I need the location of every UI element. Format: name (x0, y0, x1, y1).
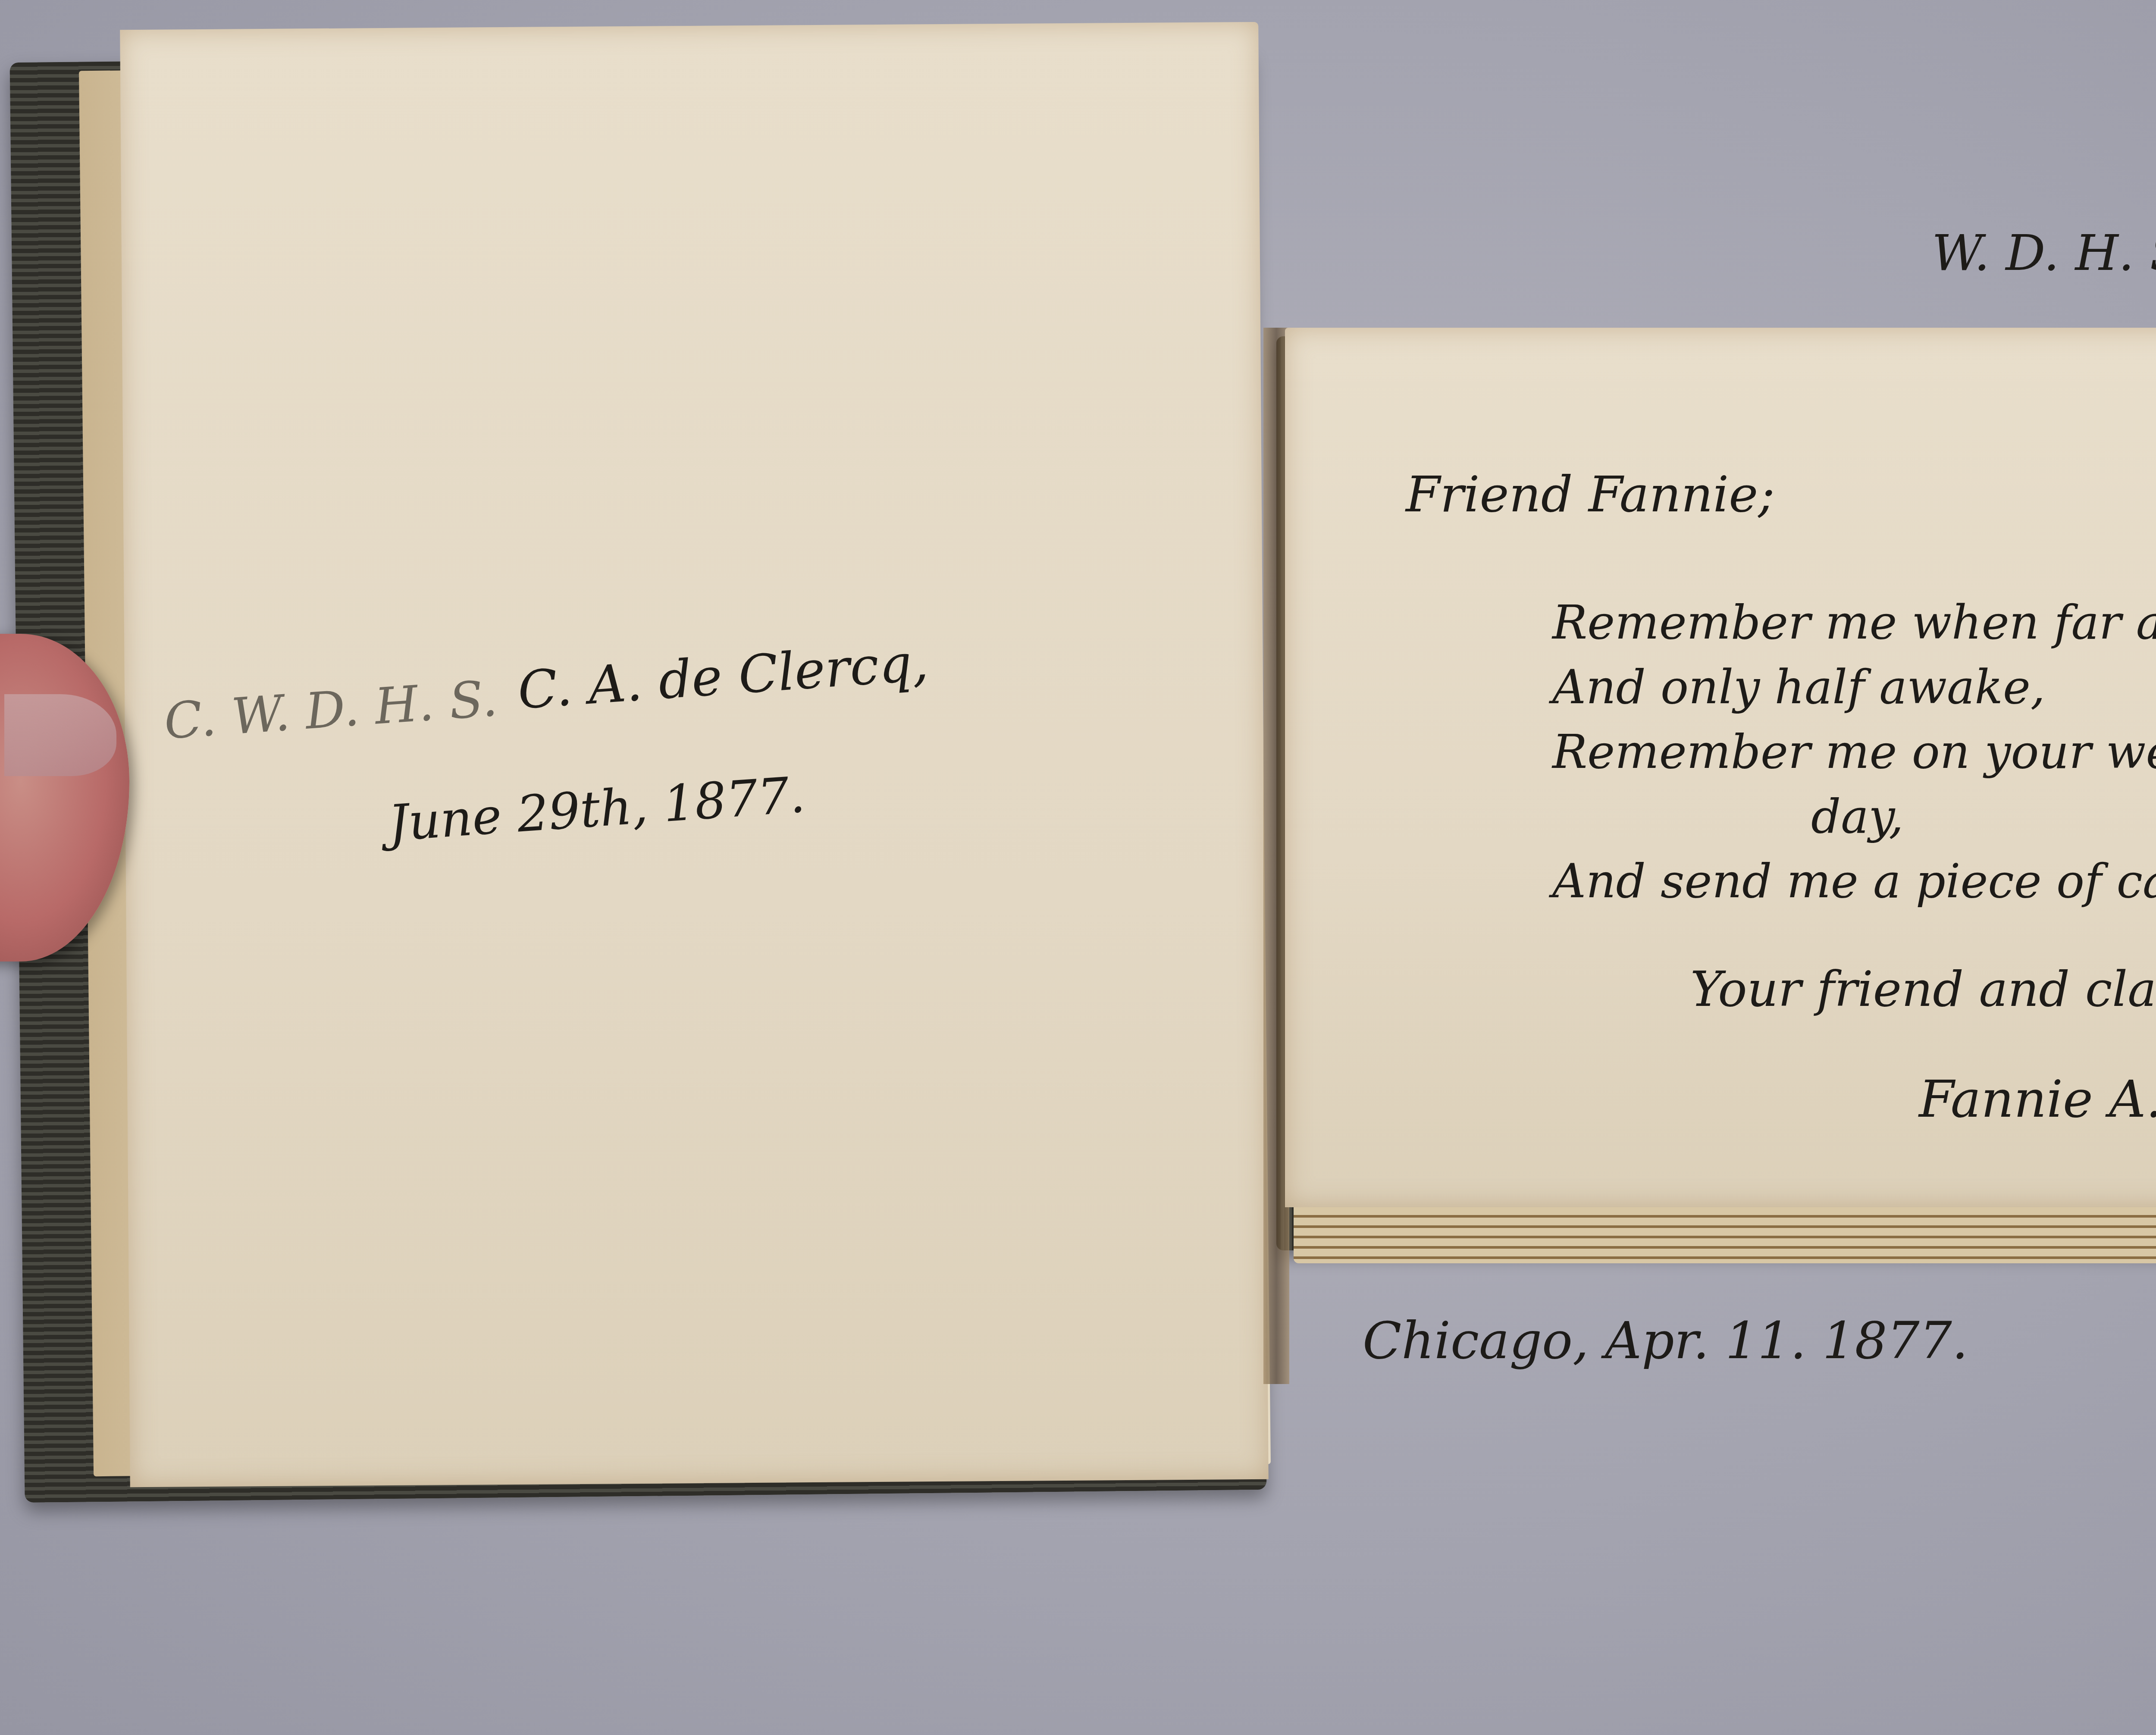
closing: Your friend and classmate, (1690, 961, 2156, 1018)
page-edges-bottom (1294, 1207, 2156, 1263)
verse-line: And send me a piece of cake. (1552, 849, 2156, 914)
greeting: Friend Fannie; (1406, 466, 1775, 523)
thumbnail-nail (4, 694, 116, 776)
verse-line: day, (1552, 785, 2156, 849)
verse-line: Remember me on your wedding- (1552, 720, 2156, 785)
verse-line: Remember me when far away, (1552, 591, 2156, 655)
signature: Fannie A. Miller. (1919, 1069, 2156, 1129)
verse-line: And only half awake, (1552, 655, 2156, 720)
right-page-initials: W. D. H. S. (1932, 224, 2156, 282)
place-date: Chicago, Apr. 11. 1877. (1363, 1311, 1968, 1370)
verse: Remember me when far away, And only half… (1552, 591, 2156, 914)
left-page (120, 22, 1269, 1487)
